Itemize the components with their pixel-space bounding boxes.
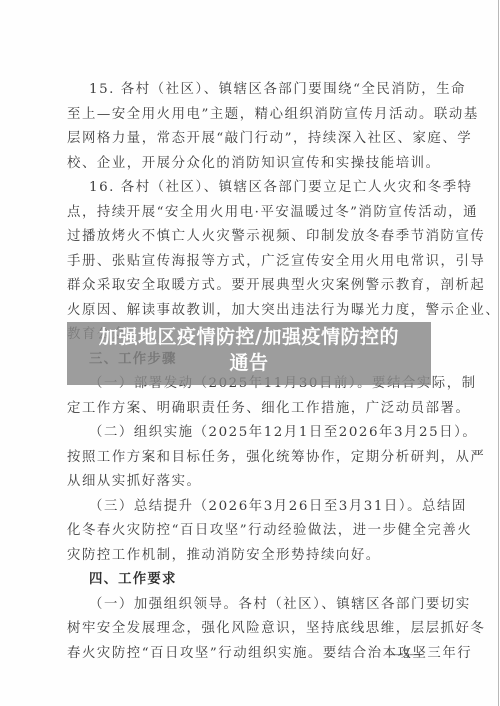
- overlay-title-line-1: 加强地区疫情防控/加强疫情防控的: [99, 326, 399, 348]
- text-line: 15. 各村（社区）、镇辖区各部门要围绕“全民消防，生命: [67, 78, 441, 103]
- text-line: 校、企业，开展分众化的消防知识宣传和实操技能培训。: [67, 152, 441, 177]
- text-line: 过播放烤火不慎亡人火灾警示视频、印制发放冬春季节消防宣传: [67, 225, 441, 250]
- text-line: 火原因、解读事故教训，加大突出违法行为曝光力度，警示企业、: [67, 299, 441, 324]
- text-line: 化冬春火灾防控“百日攻坚”行动经验做法，进一步健全完善火: [67, 519, 441, 544]
- overlay-title-line-2: 通告: [229, 352, 268, 374]
- text-line: 树牢安全发展理念，强化风险意识，坚持底线思维，层层抓好冬: [67, 617, 441, 642]
- page-edge-line: [498, 0, 499, 706]
- page-number: —5—: [390, 646, 423, 662]
- document-page: 15. 各村（社区）、镇辖区各部门要围绕“全民消防，生命 至上—安全用火用电”主…: [0, 0, 500, 706]
- text-line: 层网格力量，常态开展“敲门行动”，持续深入社区、家庭、学: [67, 127, 441, 152]
- text-line: 春火灾防控“百日攻坚”行动组织实施。要结合治本攻坚三年行: [67, 642, 441, 667]
- section-heading: 四、工作要求: [67, 568, 441, 593]
- text-line: 群众采取安全取暖方式。要开展典型火灾案例警示教育，剖析起: [67, 274, 441, 299]
- text-line: （三）总结提升（2026年3月26日至3月31日）。总结固: [67, 495, 441, 520]
- text-line: 点，持续开展“安全用火用电·平安温暖过冬”消防宣传活动，通: [67, 201, 441, 226]
- overlay-title: 加强地区疫情防控/加强疫情防控的 通告: [67, 324, 431, 376]
- title-overlay-banner: 加强地区疫情防控/加强疫情防控的 通告: [67, 322, 431, 385]
- text-line: 定工作方案、明确职责任务、细化工作措施，广泛动员部署。: [67, 397, 441, 422]
- text-line: 16. 各村（社区）、镇辖区各部门要立足亡人火灾和冬季特: [67, 176, 441, 201]
- text-line: 按照工作方案和目标任务，强化统筹协作，定期分析研判，从严: [67, 446, 441, 471]
- text-line: （二）组织实施（2025年12月1日至2026年3月25日）。: [67, 421, 441, 446]
- text-line: 手册、张贴宣传海报等方式，广泛宣传安全用火用电常识，引导: [67, 250, 441, 275]
- text-line: 至上—安全用火用电”主题，精心组织消防宣传月活动。联动基: [67, 103, 441, 128]
- text-line: 灾防控工作机制，推动消防安全形势持续向好。: [67, 544, 441, 569]
- text-line: 从细从实抓好落实。: [67, 470, 441, 495]
- text-line: （一）加强组织领导。各村（社区）、镇辖区各部门要切实: [67, 593, 441, 618]
